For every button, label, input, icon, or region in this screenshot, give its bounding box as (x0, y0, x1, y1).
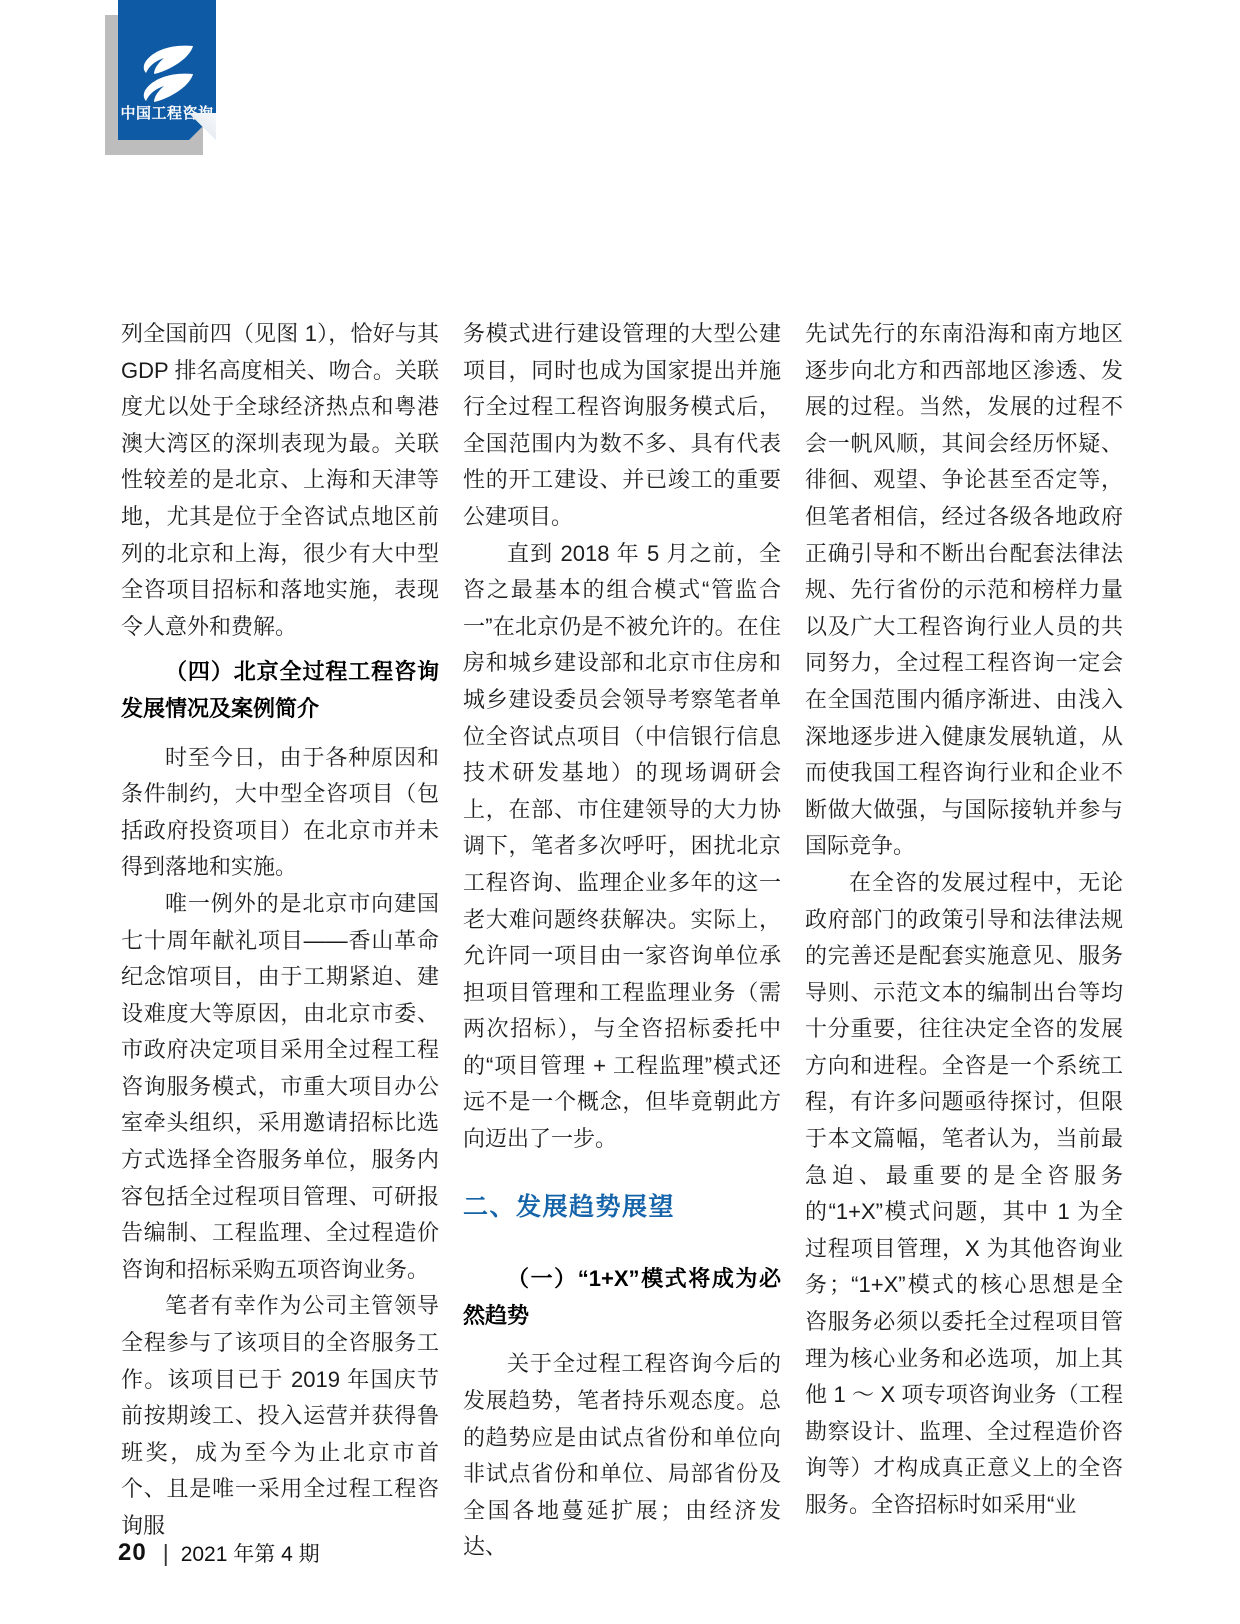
column-2: 务模式进行建设管理的大型公建项目，同时也成为国家提出并施行全过程工程咨询服务模式… (463, 316, 781, 1566)
page-footer: 20 | 2021 年第 4 期 (118, 1538, 320, 1568)
paragraph: 唯一例外的是北京市向建国七十周年献礼项目——香山革命纪念馆项目，由于工期紧迫、建… (121, 886, 439, 1289)
paragraph-continuation: 务模式进行建设管理的大型公建项目，同时也成为国家提出并施行全过程工程咨询服务模式… (463, 316, 781, 536)
section-heading-4: （四）北京全过程工程咨询发展情况及案例简介 (121, 654, 439, 727)
issue-label: 2021 年第 4 期 (181, 1538, 320, 1568)
paragraph: 时至今日，由于各种原因和条件制约，大中型全咨项目（包括政府投资项目）在北京市并未… (121, 740, 439, 886)
logo-fold-corner (189, 113, 216, 140)
magazine-page: 中国工程咨询 列全国前四（见图 1），恰好与其 GDP 排名高度相关、吻合。关联… (0, 0, 1240, 1624)
column-1: 列全国前四（见图 1），恰好与其 GDP 排名高度相关、吻合。关联度尤以处于全球… (121, 316, 439, 1566)
page-number: 20 (118, 1539, 147, 1567)
column-3: 先试先行的东南沿海和南方地区逐步向北方和西部地区渗透、发展的过程。当然，发展的过… (805, 316, 1123, 1566)
chapter-heading-2: 二、发展趋势展望 (463, 1189, 781, 1226)
paragraph: 笔者有幸作为公司主管领导全程参与了该项目的全咨服务工作。该项目已于 2019 年… (121, 1288, 439, 1544)
paragraph-continuation: 列全国前四（见图 1），恰好与其 GDP 排名高度相关、吻合。关联度尤以处于全球… (121, 316, 439, 645)
paragraph: 关于全过程工程咨询今后的发展趋势，笔者持乐观态度。总的趋势应是由试点省份和单位向… (463, 1346, 781, 1566)
paragraph-continuation: 先试先行的东南沿海和南方地区逐步向北方和西部地区渗透、发展的过程。当然，发展的过… (805, 316, 1123, 865)
paragraph: 直到 2018 年 5 月之前，全咨之最基本的组合模式“管监合一”在北京仍是不被… (463, 536, 781, 1158)
paragraph: 在全咨的发展过程中，无论政府部门的政策引导和法律法规的完善还是配套实施意见、服务… (805, 865, 1123, 1524)
double-swoosh-icon (142, 44, 194, 104)
journal-logo: 中国工程咨询 (118, 0, 216, 140)
subsection-heading-1: （一）“1+X”模式将成为必然趋势 (463, 1261, 781, 1334)
footer-separator: | (163, 1540, 169, 1567)
article-columns: 列全国前四（见图 1），恰好与其 GDP 排名高度相关、吻合。关联度尤以处于全球… (121, 316, 1123, 1566)
